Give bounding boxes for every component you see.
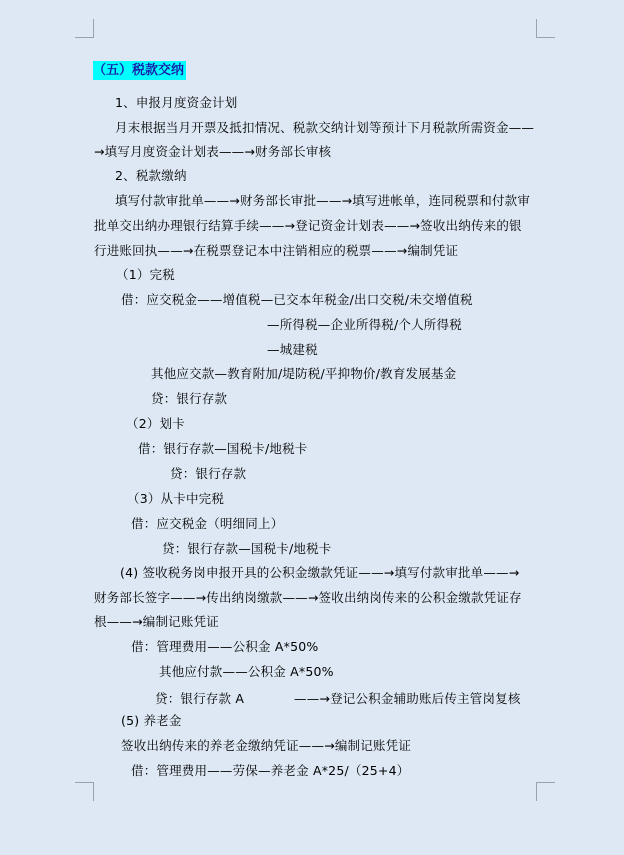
corner-mark-top-right xyxy=(536,19,555,38)
section-heading: （五）税款交纳 xyxy=(93,61,186,80)
text-line-p1-debit-2: —所得税—企业所得税/个人所得税 xyxy=(267,317,462,333)
text-line-s2-title: 2、税款缴纳 xyxy=(115,168,187,184)
text-line-p5-body: 签收出纳传来的养老金缴纳凭证——→编制记账凭证 xyxy=(121,738,411,754)
text-line-p2-debit: 借：银行存款—国税卡/地税卡 xyxy=(138,441,308,457)
text-line-p3-credit: 贷：银行存款—国税卡/地税卡 xyxy=(162,541,332,557)
corner-mark-top-left xyxy=(75,19,94,38)
text-line-p1-debit-1: 借：应交税金——增值税—已交本年税金/出口交税/未交增值税 xyxy=(121,292,473,308)
text-line-s2-body-2: 批单交出纳办理银行结算手续——→登记资金计划表——→签收出纳传来的银 xyxy=(94,218,522,234)
text-line-p4-body-1: (4) 签收税务岗申报开具的公积金缴款凭证——→填写付款审批单——→ xyxy=(120,565,519,581)
text-line-p5-title: (5) 养老金 xyxy=(121,713,182,729)
text-line-p1-title: （1）完税 xyxy=(116,267,175,283)
text-line-p2-credit: 贷：银行存款 xyxy=(170,466,246,482)
corner-mark-bottom-left xyxy=(75,782,94,801)
text-line-p4-credit-note: ——→登记公积金辅助账后传主管岗复核 xyxy=(294,691,521,707)
text-line-p1-debit-3: —城建税 xyxy=(267,342,318,358)
text-line-p1-debit-4: 其他应交款—教育附加/堤防税/平抑物价/教育发展基金 xyxy=(151,366,456,382)
text-line-p3-debit: 借：应交税金（明细同上） xyxy=(131,516,283,532)
text-line-p4-debit-1: 借：管理费用——公积金 A*50% xyxy=(131,639,318,655)
text-line-p4-debit-2: 其他应付款——公积金 A*50% xyxy=(159,664,334,680)
text-line-p2-title: （2）划卡 xyxy=(126,416,185,432)
text-line-s1-body-1: 月末根据当月开票及抵扣情况、税款交纳计划等预计下月税款所需资金—— xyxy=(115,120,534,136)
text-line-p4-credit: 贷：银行存款 A xyxy=(155,691,244,707)
text-line-s2-body-3: 行进账回执——→在税票登记本中注销相应的税票——→编制凭证 xyxy=(94,243,458,259)
text-line-s2-body-1: 填写付款审批单——→财务部长审批——→填写进帐单，连同税票和付款审 xyxy=(115,193,530,209)
text-line-p3-title: （3）从卡中完税 xyxy=(127,491,224,507)
text-line-s1-title: 1、申报月度资金计划 xyxy=(115,95,237,111)
text-line-p4-body-3: 根——→编制记账凭证 xyxy=(94,614,219,630)
text-line-p1-credit: 贷：银行存款 xyxy=(151,391,227,407)
corner-mark-bottom-right xyxy=(536,782,555,801)
text-line-p4-body-2: 财务部长签字——→传出纳岗缴款——→签收出纳岗传来的公积金缴款凭证存 xyxy=(94,590,522,606)
text-line-s1-body-2: →填写月度资金计划表——→财务部长审核 xyxy=(94,144,331,160)
text-line-p5-debit: 借：管理费用——劳保—养老金 A*25/（25+4） xyxy=(131,763,409,779)
document-page: （五）税款交纳 1、申报月度资金计划月末根据当月开票及抵扣情况、税款交纳计划等预… xyxy=(0,0,624,855)
